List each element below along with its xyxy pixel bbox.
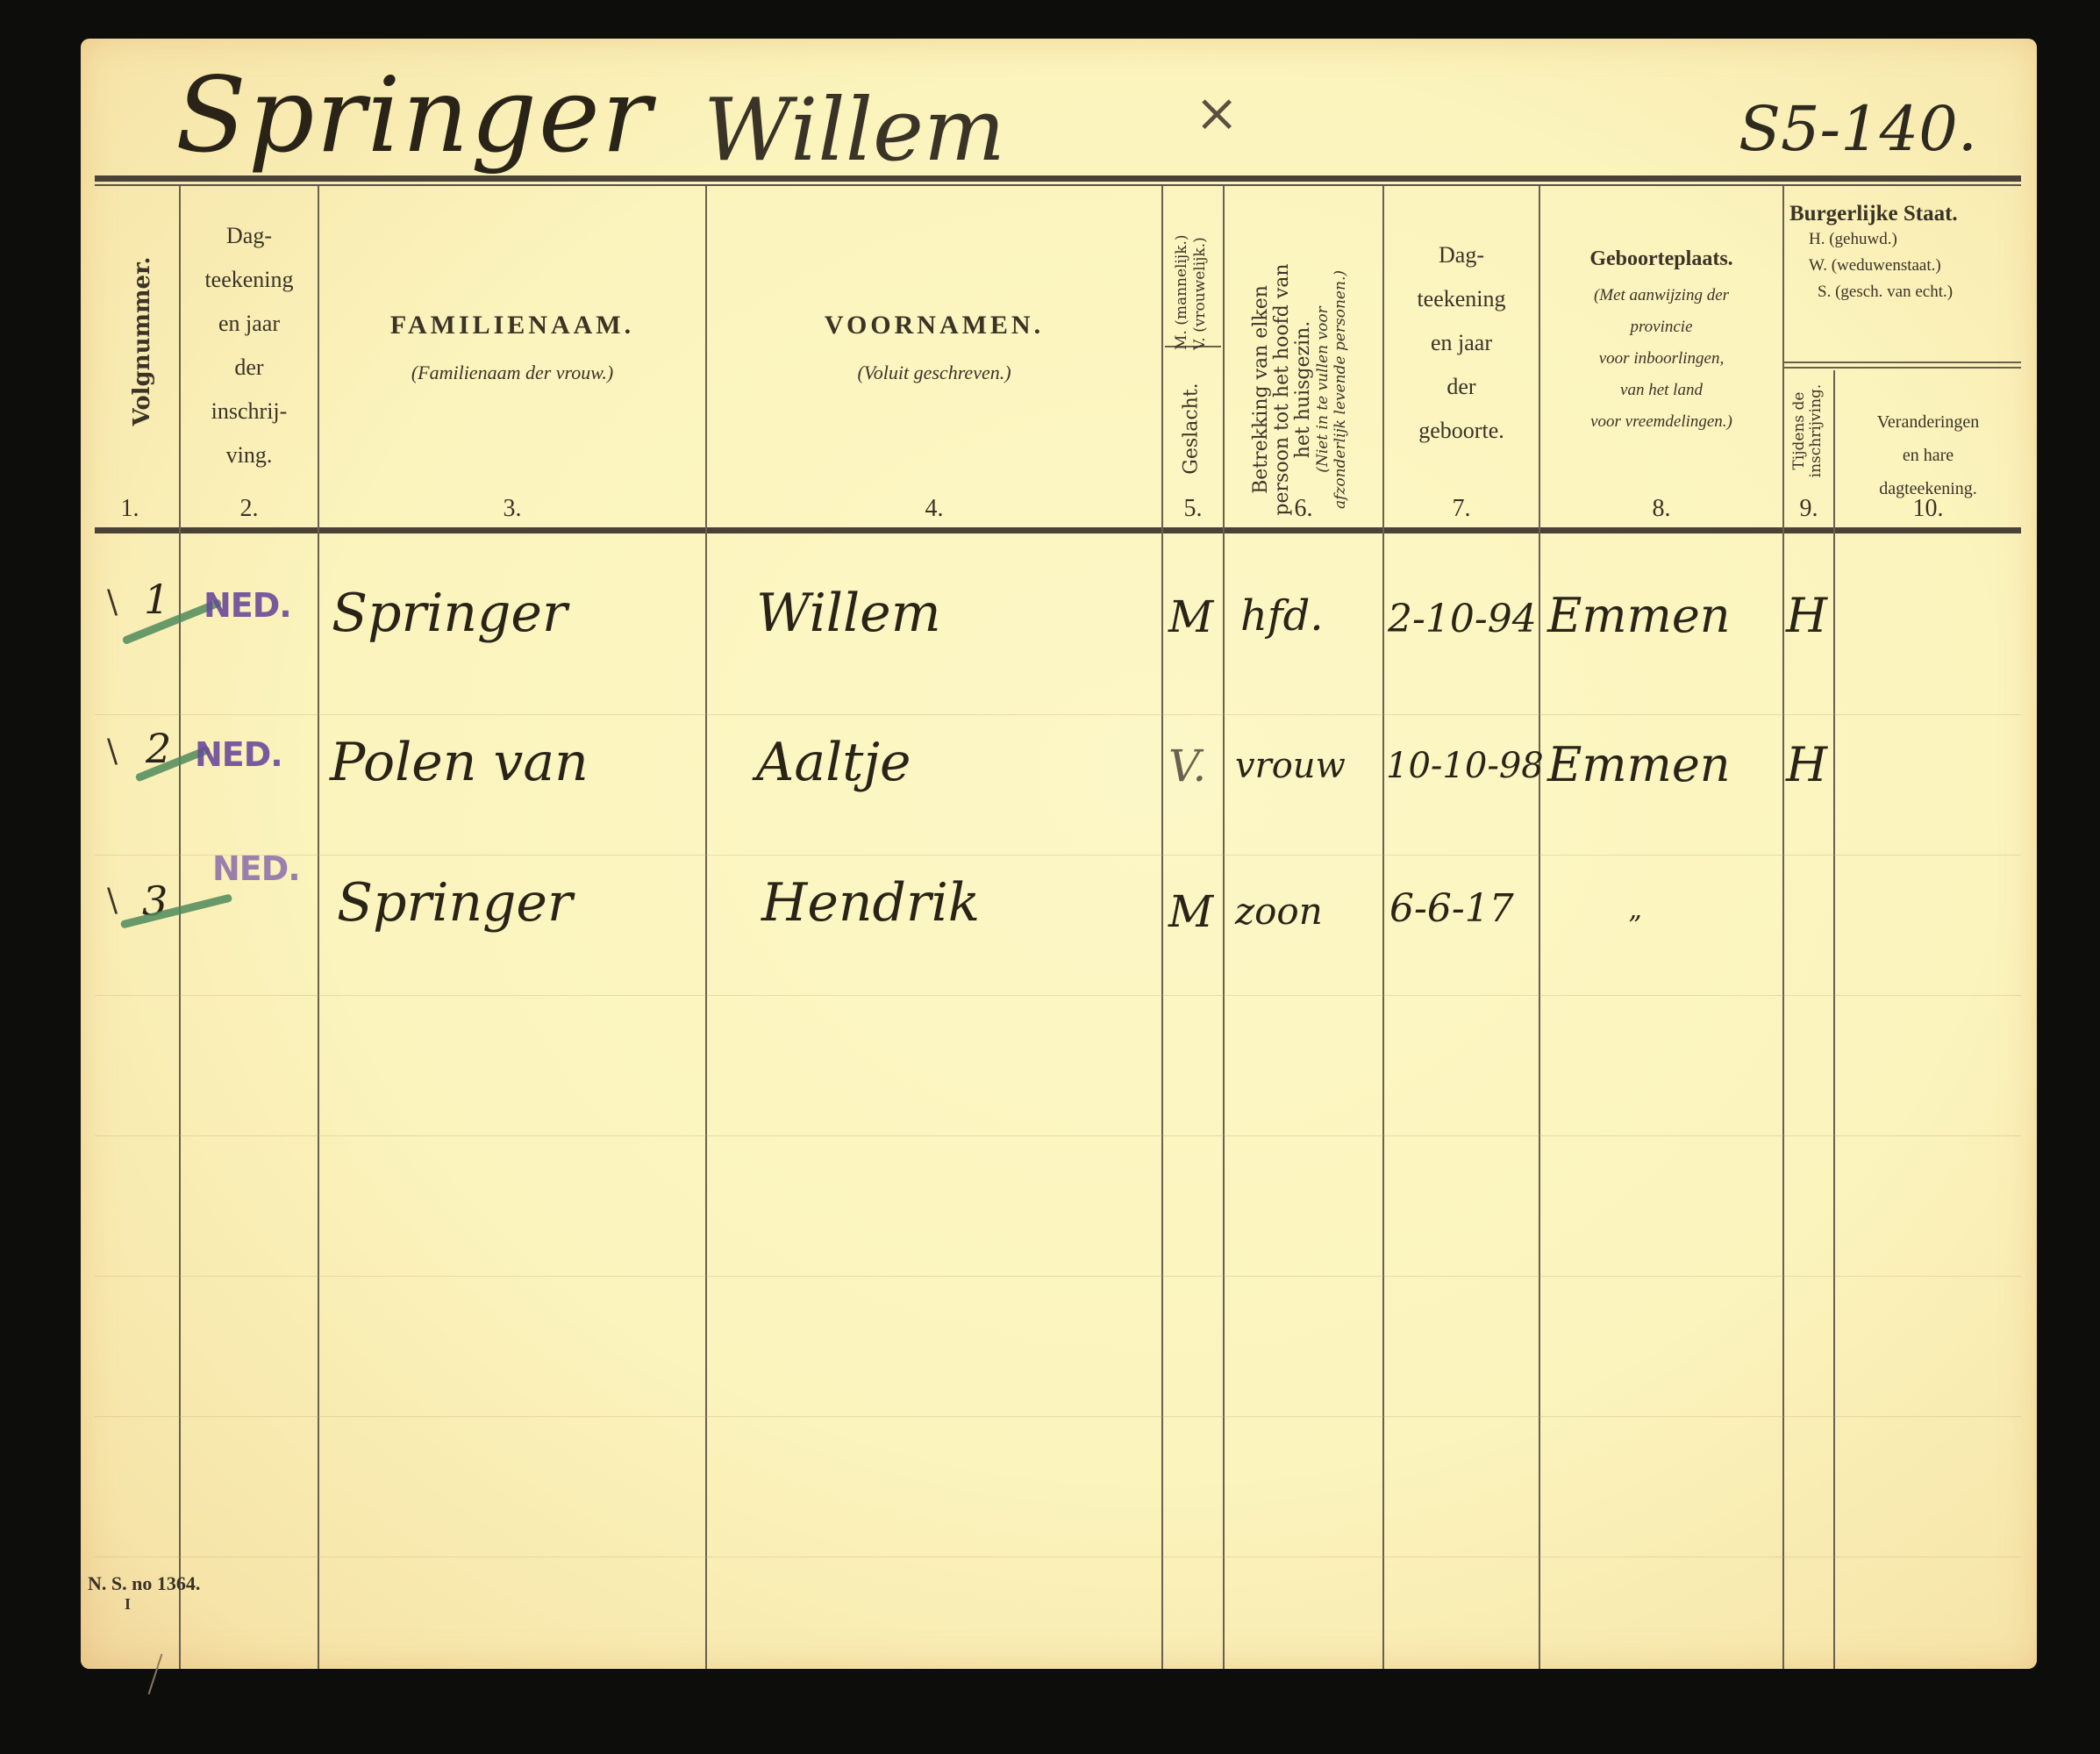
legend-vrouwelijk: V. (vrouwelijk.) [1191, 192, 1210, 350]
column-divider [1223, 186, 1225, 1669]
row-geboorteplaats: Emmen [1547, 588, 1731, 643]
row-geboorteplaats: ” [1628, 911, 1641, 941]
header-line: en jaar [1384, 321, 1539, 365]
row-geslacht: M [1168, 886, 1213, 937]
header-line: voor inboorlingen, [1540, 343, 1782, 375]
column-number: 3. [319, 495, 705, 523]
header-bottom-rule [95, 527, 2021, 533]
legend-weduwenstaat: W. (weduwenstaat.) [1809, 253, 2023, 279]
header-line: inschrij- [181, 390, 318, 433]
ruled-line [95, 1557, 2021, 1557]
row-familienaam: Springer [332, 583, 568, 644]
header-line: van het land [1540, 375, 1782, 406]
nationality-stamp: NED. [195, 735, 282, 774]
header-dagteekening-inschrijving: Dag- teekening en jaar der inschrij- vin… [181, 214, 318, 477]
row-geboortedatum: 6-6-17 [1389, 886, 1514, 931]
check-tick-icon: \ [107, 883, 118, 919]
card-title-surname: Springer [175, 54, 653, 175]
header-geboorteplaats-sublabel: (Met aanwijzing der provincie voor inboo… [1540, 280, 1782, 438]
header-familienaam-label: FAMILIENAAM. [319, 311, 705, 340]
row-voornamen: Aaltje [756, 732, 911, 793]
burgerlijke-staat-divider [1784, 362, 2021, 363]
check-tick-icon: \ [107, 734, 118, 770]
row-betrekking: hfd. [1240, 591, 1324, 641]
header-line: ving. [181, 433, 318, 477]
row-burgerlijke-staat: H [1786, 737, 1827, 792]
header-line: Dag- [1384, 233, 1539, 277]
ruled-line [95, 1135, 2021, 1136]
ruled-line [95, 1276, 2021, 1277]
ruled-line [95, 995, 2021, 996]
header-top-rule [95, 175, 2021, 182]
row-familienaam: Springer [337, 872, 573, 934]
column-number: 4. [707, 495, 1161, 523]
column-divider [1782, 186, 1784, 1669]
header-top-rule-thin [95, 184, 2021, 186]
header-line: en jaar [181, 302, 318, 346]
header-voornamen-sublabel: (Voluit geschreven.) [707, 362, 1161, 384]
header-geslacht-legend: M. (mannelijk.) V. (vrouwelijk.) [1173, 192, 1210, 350]
green-strike-mark [120, 893, 232, 928]
row-volgnummer: 1 [144, 576, 169, 623]
ruled-line [95, 855, 2021, 856]
header-familienaam-sublabel: (Familienaam der vrouw.) [319, 362, 705, 384]
column-divider [318, 186, 319, 1669]
header-line: Betrekking van elken [1251, 258, 1272, 521]
header-line: persoon tot het hoofd van [1272, 258, 1293, 521]
pencil-mark [148, 1654, 163, 1694]
header-voornamen: VOORNAMEN. (Voluit geschreven.) [707, 311, 1161, 384]
card-title-given-name: Willem [704, 81, 1005, 181]
header-line: (Met aanwijzing der [1540, 280, 1782, 311]
column-number: 5. [1163, 495, 1223, 523]
column-number: 9. [1784, 495, 1833, 523]
header-line: geboorte. [1384, 409, 1539, 453]
header-volgnummer: Volgnummer. [129, 245, 155, 438]
column-divider [1833, 370, 1835, 1669]
row-geboorteplaats: Emmen [1547, 737, 1731, 792]
form-sub-number: I [125, 1595, 131, 1614]
burgerlijke-staat-divider [1784, 367, 2021, 369]
row-betrekking: zoon [1235, 890, 1323, 933]
column-number: 10. [1835, 495, 2021, 523]
header-line: inschrijving. [1808, 374, 1825, 488]
row-geboortedatum: 10-10-98 [1386, 746, 1544, 786]
header-betrekking: Betrekking van elken persoon tot het hoo… [1251, 258, 1349, 521]
header-dagteekening-geboorte: Dag- teekening en jaar der geboorte. [1384, 233, 1539, 453]
header-tijdens-inschrijving: Tijdens de inschrijving. [1791, 374, 1825, 488]
column-divider [705, 186, 707, 1669]
header-geslacht: Geslacht. [1181, 350, 1203, 508]
row-geslacht: M [1168, 591, 1213, 642]
header-line: (Niet in te vullen voor [1314, 258, 1332, 521]
legend-mannelijk: M. (mannelijk.) [1173, 192, 1191, 350]
header-line: teekening [181, 258, 318, 302]
header-line: Dag- [181, 214, 318, 258]
row-familienaam: Polen van [330, 732, 589, 793]
header-line: voor vreemdelingen.) [1540, 406, 1782, 438]
check-tick-icon: \ [107, 584, 118, 620]
header-line: afzonderlijk levende personen.) [1332, 258, 1349, 521]
cross-mark: × [1195, 82, 1239, 144]
header-line: Veranderingen [1835, 405, 2021, 439]
registry-card: Springer Willem × S5-140. Volgnummer. Da… [81, 39, 2037, 1669]
header-line: het huisgezin. [1293, 258, 1314, 521]
header-geboorteplaats: Geboorteplaats. (Met aanwijzing der prov… [1540, 247, 1782, 438]
header-burgerlijke-staat-label: Burgerlijke Staat. [1784, 202, 2023, 226]
column-number: 8. [1540, 495, 1782, 523]
row-geslacht: V. [1168, 741, 1206, 791]
burgerlijke-staat-legend: H. (gehuwd.) W. (weduwenstaat.) S. (gesc… [1784, 226, 2023, 305]
ruled-line [95, 1416, 2021, 1417]
column-number: 6. [1225, 495, 1382, 523]
header-line: der [1384, 365, 1539, 409]
header-line: teekening [1384, 277, 1539, 321]
header-familienaam: FAMILIENAAM. (Familienaam der vrouw.) [319, 311, 705, 384]
legend-gehuwd: H. (gehuwd.) [1809, 226, 2023, 253]
row-voornamen: Willem [756, 583, 941, 644]
row-geboortedatum: 2-10-94 [1388, 597, 1537, 641]
header-voornamen-label: VOORNAMEN. [707, 311, 1161, 340]
header-line: en hare [1835, 439, 2021, 472]
header-burgerlijke-staat: Burgerlijke Staat. H. (gehuwd.) W. (wedu… [1784, 202, 2023, 305]
header-line: der [181, 346, 318, 390]
nationality-stamp: NED. [204, 586, 291, 625]
form-number: N. S. no 1364. [88, 1572, 200, 1595]
header-line: provincie [1540, 311, 1782, 343]
header-line: Tijdens de [1791, 374, 1808, 488]
row-betrekking: vrouw [1235, 746, 1346, 786]
row-voornamen: Hendrik [761, 872, 980, 934]
column-number: 1. [81, 495, 179, 523]
column-divider [1161, 186, 1163, 1669]
card-reference-number: S5-140. [1739, 93, 1977, 165]
legend-gescheiden: S. (gesch. van echt.) [1809, 279, 2023, 305]
header-geboorteplaats-label: Geboorteplaats. [1540, 247, 1782, 271]
nationality-stamp: NED. [212, 849, 300, 888]
header-veranderingen: Veranderingen en hare dagteekening. [1835, 405, 2021, 505]
row-burgerlijke-staat: H [1786, 588, 1827, 643]
ruled-line [95, 714, 2021, 715]
column-number: 2. [181, 495, 318, 523]
column-number: 7. [1384, 495, 1539, 523]
